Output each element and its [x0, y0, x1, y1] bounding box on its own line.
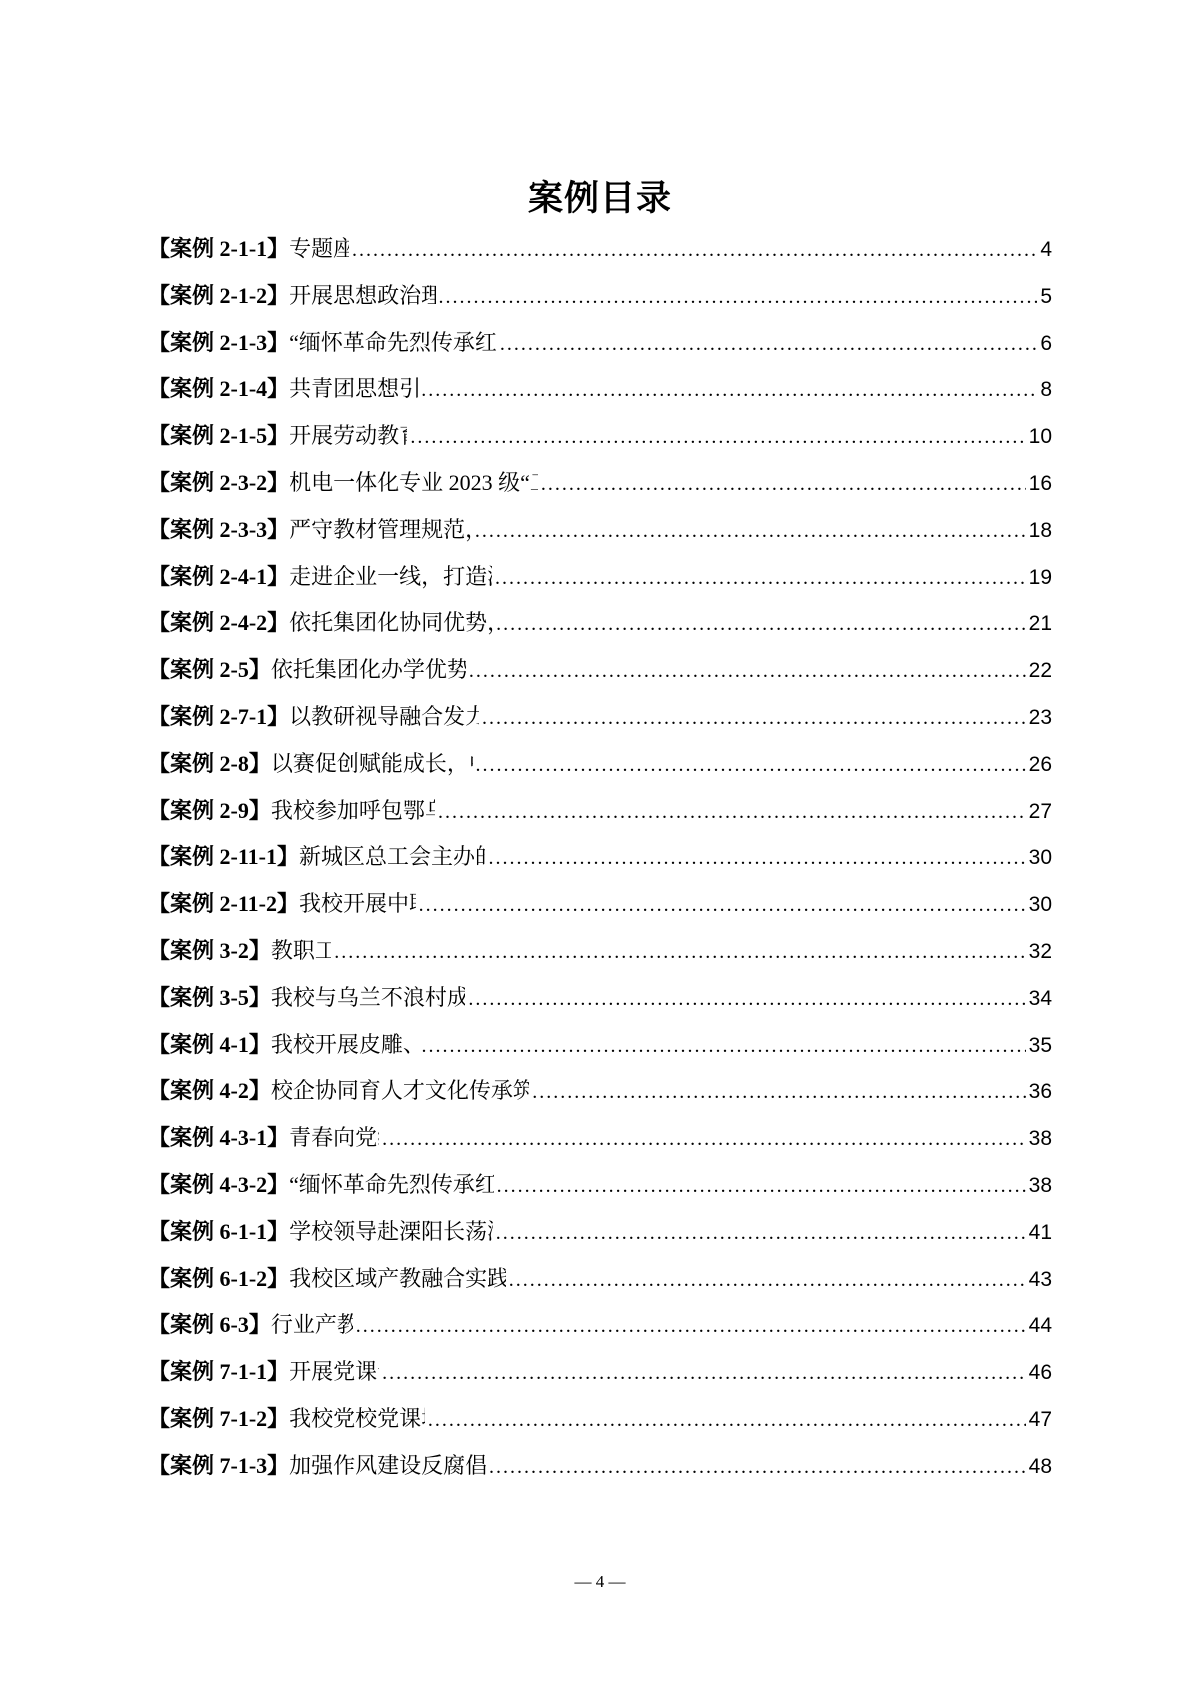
toc-entry-label: 【案例 2-1-2】: [148, 273, 289, 320]
toc-entry-page-number: 6: [1040, 321, 1052, 367]
toc-entry-label: 【案例 2-3-2】: [148, 460, 289, 507]
toc-entry-label: 【案例 2-4-2】: [148, 600, 289, 647]
toc-entry-page-number: 10: [1029, 414, 1052, 460]
toc-entry-page-number: 26: [1029, 742, 1052, 788]
toc-entry-dot-leader: [438, 789, 1026, 835]
toc-entry-label: 【案例 4-2】: [148, 1068, 271, 1115]
toc-entry-title: 开展劳动教育的育人模式: [289, 413, 407, 460]
toc-entry-dot-leader: [495, 555, 1026, 601]
toc-entry-label: 【案例 2-5】: [148, 647, 271, 694]
toc-entry-title: 新城区总工会主办的第四届“三人制”职工篮球: [299, 834, 486, 881]
toc-entry-page-number: 43: [1029, 1257, 1052, 1303]
toc-entry-dot-leader: [439, 274, 1038, 320]
toc-entry-label: 【案例 6-1-1】: [148, 1209, 289, 1256]
toc-entry-dot-leader: [428, 1397, 1026, 1443]
toc-entry[interactable]: 【案例 2-1-5】 开展劳动教育的育人模式 10: [148, 413, 1052, 460]
toc-entry-label: 【案例 7-1-3】: [148, 1443, 289, 1490]
toc-entry[interactable]: 【案例 6-1-2】 我校区域产教融合实践中心现代学徒制育人模式研讨会 43: [148, 1256, 1052, 1303]
toc-entry-label: 【案例 2-3-3】: [148, 507, 289, 554]
toc-entry-dot-leader: [488, 835, 1025, 881]
toc-entry[interactable]: 【案例 2-4-2】 依托集团化协同优势，推动 3+2 融通育人落地见效 21: [148, 600, 1052, 647]
toc-entry-page-number: 38: [1029, 1163, 1052, 1209]
toc-entry-title: “缅怀革命先烈传承红色基因” 清明祭英烈主题活动: [289, 1162, 493, 1209]
toc-entry[interactable]: 【案例 3-2】 教职工培训 32: [148, 928, 1052, 975]
toc-entry-label: 【案例 2-8】: [148, 741, 271, 788]
toc-entry[interactable]: 【案例 2-11-2】 我校开展中职学生运动会 30: [148, 881, 1052, 928]
toc-entry-title: 我校与乌兰不浪村成立社区教育服务实践基地: [271, 975, 466, 1022]
toc-entry-dot-leader: [422, 1023, 1026, 1069]
toc-entry-page-number: 5: [1040, 274, 1052, 320]
toc-entry-page-number: 8: [1040, 367, 1052, 413]
toc-entry-title: 依托集团化协同优势，推动 3+2 融通育人落地见效: [289, 600, 493, 647]
toc-entry-dot-leader: [419, 882, 1026, 928]
toc-entry-page-number: 19: [1029, 555, 1052, 601]
toc-entry[interactable]: 【案例 2-1-2】 开展思想政治理论课集体备课会 5: [148, 273, 1052, 320]
toc-entry-dot-leader: [469, 648, 1026, 694]
toc-entry[interactable]: 【案例 3-5】 我校与乌兰不浪村成立社区教育服务实践基地 34: [148, 975, 1052, 1022]
toc-entry[interactable]: 【案例 6-1-1】 学校领导赴溧阳长荡湖通用机场教学实践基地调研 41: [148, 1209, 1052, 1256]
toc-entry-title: 校企协同育人才文化传承筑根基——以课岗证融通践行企业文化传承: [271, 1068, 529, 1115]
toc-entry-label: 【案例 2-1-1】: [148, 226, 289, 273]
toc-entry-dot-leader: [475, 508, 1026, 554]
toc-entry-dot-leader: [382, 1350, 1026, 1396]
toc-list: 【案例 2-1-1】 专题座谈会 4 【案例 2-1-2】 开展思想政治理论课集…: [148, 226, 1052, 1490]
toc-entry-label: 【案例 2-9】: [148, 788, 271, 835]
toc-entry-label: 【案例 4-3-1】: [148, 1115, 289, 1162]
toc-entry-title: 机电一体化专业 2023 级“工匠班”企业课程开班，筑牢专业课程根基: [289, 460, 538, 507]
toc-entry[interactable]: 【案例 2-7-1】 以教研视导融合发力，精准赋能教学提质增效 23: [148, 694, 1052, 741]
toc-entry-dot-leader: [352, 227, 1037, 273]
toc-entry-dot-leader: [496, 1210, 1026, 1256]
toc-entry-title: 开展党课专题活动: [289, 1349, 379, 1396]
document-page: 案例目录 【案例 2-1-1】 专题座谈会 4 【案例 2-1-2】 开展思想政…: [0, 0, 1200, 1697]
toc-entry-page-number: 23: [1029, 695, 1052, 741]
toc-entry-label: 【案例 2-7-1】: [148, 694, 289, 741]
toc-entry-page-number: 30: [1029, 882, 1052, 928]
toc-entry-page-number: 47: [1029, 1397, 1052, 1443]
page-footer: — 4 —: [0, 1572, 1200, 1592]
toc-entry-dot-leader: [496, 601, 1026, 647]
toc-entry[interactable]: 【案例 7-1-3】 加强作风建设反腐倡廉筑牢党组织风清气正根基 48: [148, 1443, 1052, 1490]
toc-entry[interactable]: 【案例 2-4-1】 走进企业一线，打造沉浸式“工匠精神”思政实践课 19: [148, 554, 1052, 601]
toc-entry[interactable]: 【案例 2-1-4】 共青团思想引领与实践育人 8: [148, 366, 1052, 413]
toc-entry-label: 【案例 2-4-1】: [148, 554, 289, 601]
toc-entry-dot-leader: [476, 742, 1026, 788]
toc-entry-dot-leader: [532, 1069, 1025, 1115]
toc-entry[interactable]: 【案例 4-3-2】 “缅怀革命先烈传承红色基因” 清明祭英烈主题活动 38: [148, 1162, 1052, 1209]
toc-entry-title: 学校领导赴溧阳长荡湖通用机场教学实践基地调研: [289, 1209, 493, 1256]
toc-entry-title: 我校开展中职学生运动会: [299, 881, 416, 928]
toc-entry-page-number: 4: [1040, 227, 1052, 273]
toc-entry-page-number: 35: [1029, 1023, 1052, 1069]
toc-entry-title: 我校开展皮雕、剪纸等非遗课程: [271, 1022, 419, 1069]
toc-entry-title: 共青团思想引领与实践育人: [289, 366, 418, 413]
toc-entry[interactable]: 【案例 2-1-1】 专题座谈会 4: [148, 226, 1052, 273]
toc-entry-label: 【案例 2-11-2】: [148, 881, 299, 928]
toc-entry-label: 【案例 3-2】: [148, 928, 271, 975]
toc-entry-dot-leader: [489, 1444, 1026, 1490]
toc-entry[interactable]: 【案例 2-11-1】 新城区总工会主办的第四届“三人制”职工篮球 30: [148, 834, 1052, 881]
toc-entry-label: 【案例 7-1-2】: [148, 1396, 289, 1443]
toc-entry-title: 走进企业一线，打造沉浸式“工匠精神”思政实践课: [289, 554, 492, 601]
toc-entry-page-number: 48: [1029, 1444, 1052, 1490]
toc-entry[interactable]: 【案例 7-1-1】 开展党课专题活动 46: [148, 1349, 1052, 1396]
toc-entry-dot-leader: [421, 367, 1037, 413]
toc-entry[interactable]: 【案例 4-1】 我校开展皮雕、剪纸等非遗课程 35: [148, 1022, 1052, 1069]
toc-entry-label: 【案例 2-1-5】: [148, 413, 289, 460]
toc-entry-page-number: 46: [1029, 1350, 1052, 1396]
toc-entry-page-number: 30: [1029, 835, 1052, 881]
toc-entry-dot-leader: [382, 1116, 1026, 1162]
toc-entry[interactable]: 【案例 2-3-2】 机电一体化专业 2023 级“工匠班”企业课程开班，筑牢专…: [148, 460, 1052, 507]
toc-entry[interactable]: 【案例 2-3-3】 严守教材管理规范，创新活页教材应用实践 18: [148, 507, 1052, 554]
toc-entry-page-number: 18: [1029, 508, 1052, 554]
toc-entry-title: 依托集团化办学优势，深化 3+2 贯通培养实践: [271, 647, 466, 694]
toc-entry[interactable]: 【案例 6-3】 行业产教联合体 44: [148, 1302, 1052, 1349]
toc-entry-title: 以教研视导融合发力，精准赋能教学提质增效: [289, 694, 479, 741]
toc-entry[interactable]: 【案例 2-9】 我校参加呼包鄂乌中等学校技能联赛 27: [148, 788, 1052, 835]
toc-entry-dot-leader: [500, 321, 1037, 367]
toc-entry-title: 教职工培训: [271, 928, 331, 975]
toc-entry[interactable]: 【案例 4-3-1】 青春向党红歌嘹亮 38: [148, 1115, 1052, 1162]
toc-entry-title: 开展思想政治理论课集体备课会: [289, 273, 435, 320]
toc-entry-dot-leader: [468, 976, 1025, 1022]
toc-entry-label: 【案例 7-1-1】: [148, 1349, 289, 1396]
toc-entry-page-number: 38: [1029, 1116, 1052, 1162]
toc-entry-dot-leader: [482, 695, 1026, 741]
toc-entry-title: 专题座谈会: [289, 226, 349, 273]
toc-entry-page-number: 22: [1029, 648, 1052, 694]
toc-entry[interactable]: 【案例 7-1-2】 我校党校党课培训班顺利举办 47: [148, 1396, 1052, 1443]
toc-entry-label: 【案例 4-3-2】: [148, 1162, 289, 1209]
toc-entry-title: “缅怀革命先烈传承红色基因” 清明祭英烈主题活动: [289, 320, 497, 367]
toc-entry[interactable]: 【案例 2-5】 依托集团化办学优势，深化 3+2 贯通培养实践 22: [148, 647, 1052, 694]
toc-entry[interactable]: 【案例 4-2】 校企协同育人才文化传承筑根基——以课岗证融通践行企业文化传承 …: [148, 1068, 1052, 1115]
toc-entry-label: 【案例 6-3】: [148, 1302, 271, 1349]
toc-entry-label: 【案例 3-5】: [148, 975, 271, 1022]
toc-entry-title: 我校区域产教融合实践中心现代学徒制育人模式研讨会: [289, 1256, 506, 1303]
toc-entry-title: 我校参加呼包鄂乌中等学校技能联赛: [271, 788, 435, 835]
toc-entry-page-number: 27: [1029, 789, 1052, 835]
toc-entry-dot-leader: [497, 1163, 1026, 1209]
toc-entry-label: 【案例 6-1-2】: [148, 1256, 289, 1303]
toc-entry-title: 严守教材管理规范，创新活页教材应用实践: [289, 507, 472, 554]
toc-entry-title: 我校党校党课培训班顺利举办: [289, 1396, 425, 1443]
toc-entry[interactable]: 【案例 2-1-3】 “缅怀革命先烈传承红色基因” 清明祭英烈主题活动 6: [148, 320, 1052, 367]
toc-entry-page-number: 16: [1029, 461, 1052, 507]
toc-entry-page-number: 36: [1029, 1069, 1052, 1115]
toc-entry-page-number: 34: [1029, 976, 1052, 1022]
toc-entry-label: 【案例 4-1】: [148, 1022, 271, 1069]
toc-entry-label: 【案例 2-1-4】: [148, 366, 289, 413]
toc-entry-dot-leader: [541, 461, 1026, 507]
toc-entry-dot-leader: [356, 1303, 1026, 1349]
toc-entry-dot-leader: [334, 929, 1025, 975]
toc-entry-label: 【案例 2-11-1】: [148, 834, 299, 881]
toc-entry-page-number: 21: [1029, 601, 1052, 647]
toc-entry-page-number: 44: [1029, 1303, 1052, 1349]
toc-entry-title: 加强作风建设反腐倡廉筑牢党组织风清气正根基: [289, 1443, 486, 1490]
toc-entry-title: 青春向党红歌嘹亮: [289, 1115, 379, 1162]
toc-entry-title: 以赛促创赋能成长，中职创新创业教育实践探索: [271, 741, 473, 788]
toc-entry-page-number: 41: [1029, 1210, 1052, 1256]
toc-entry-title: 行业产教联合体: [271, 1302, 353, 1349]
toc-entry-dot-leader: [509, 1257, 1026, 1303]
toc-entry-label: 【案例 2-1-3】: [148, 320, 289, 367]
page-title: 案例目录: [0, 176, 1200, 222]
toc-entry-page-number: 32: [1029, 929, 1052, 975]
toc-entry-dot-leader: [410, 414, 1025, 460]
toc-entry[interactable]: 【案例 2-8】 以赛促创赋能成长，中职创新创业教育实践探索 26: [148, 741, 1052, 788]
